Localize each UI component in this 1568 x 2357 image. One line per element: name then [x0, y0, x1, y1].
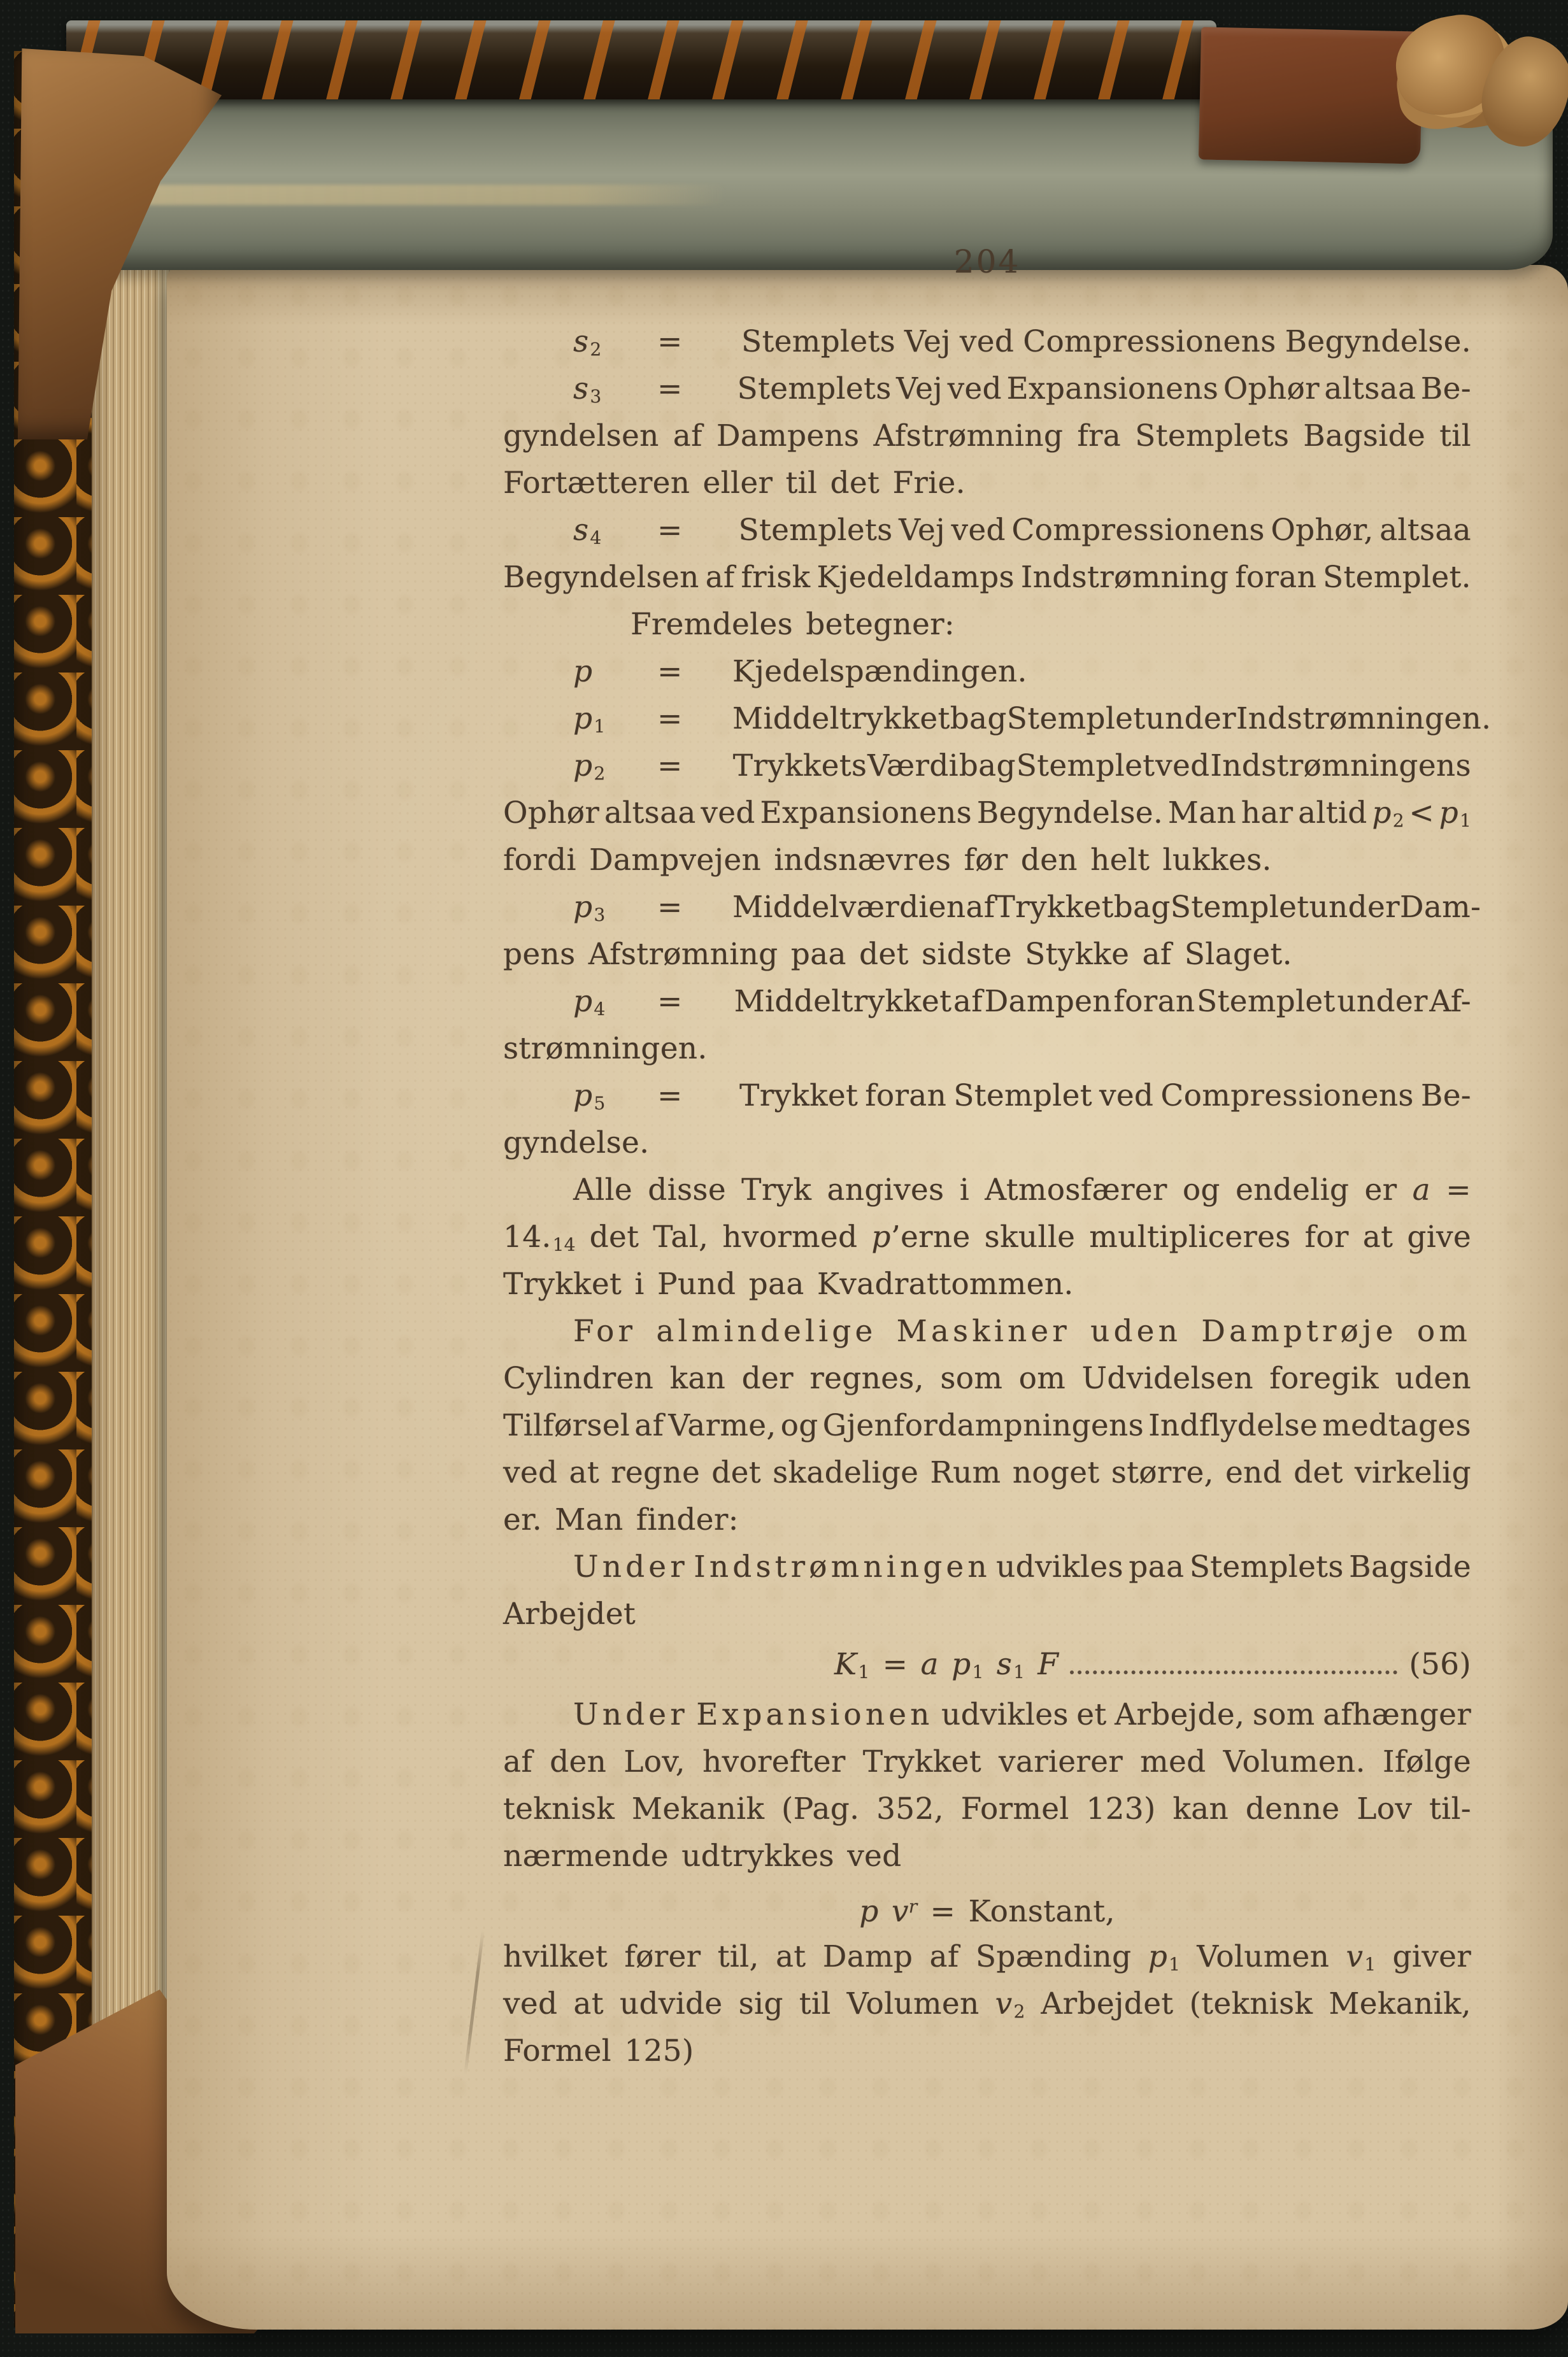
text-block: s2=StempletsVejvedCompressionensBegyndel… — [503, 318, 1471, 2075]
text-line: vedatudvidesigtilVolumenv2Arbejdet(tekni… — [503, 1981, 1471, 2028]
text-line: p4=MiddeltrykketafDampenforanStempletund… — [503, 978, 1471, 1025]
text-line: p1=MiddeltrykketbagStempletunderIndstrøm… — [503, 695, 1471, 743]
text-line: strømningen. — [503, 1025, 1471, 1072]
text-line: p=Kjedelspændingen. — [503, 648, 1471, 695]
text-line: p5=TrykketforanStempletvedCompressionens… — [503, 1072, 1471, 1120]
text-line: hvilketførertil,atDampafSpændingp1Volume… — [503, 1933, 1471, 1981]
text-line: afdenLov,hvorefterTrykketvarierermedVolu… — [503, 1739, 1471, 1786]
text-line: gyndelse. — [503, 1120, 1471, 1167]
text-line: er. Man finder: — [503, 1497, 1471, 1544]
dotted-leader — [1070, 1670, 1397, 1674]
text-line: gyndelsenafDampensAfstrømningfraStemplet… — [503, 413, 1471, 460]
text-line: OphøraltsaavedExpansionensBegyndelse.Man… — [503, 790, 1471, 837]
text-line: tekniskMekanik(Pag.352,Formel123)kandenn… — [503, 1786, 1471, 1833]
book-photo: 204 s2=StempletsVejvedCompressionensBegy… — [0, 0, 1568, 2357]
text-line: Formel 125) — [503, 2028, 1471, 2075]
text-line: s2=StempletsVejvedCompressionensBegyndel… — [503, 318, 1471, 366]
definition-symbol: p= — [573, 648, 732, 695]
text-line: Arbejdet — [503, 1591, 1471, 1638]
text-line: Fortætteren eller til det Frie. — [503, 460, 1471, 507]
text-line: s3=StempletsVejvedExpansionensOphøraltsa… — [503, 366, 1471, 413]
text-line: fordi Dampvejen indsnævres før den helt … — [503, 837, 1471, 884]
text-line: BegyndelsenaffriskKjedeldampsIndstrømnin… — [503, 554, 1471, 601]
text-line: p2=TrykketsVærdibagStempletvedIndstrømni… — [503, 743, 1471, 790]
text-line: UnderIndstrømningenudviklespaaStempletsB… — [503, 1544, 1471, 1591]
text-line: p3=MiddelværdienafTrykketbagStempletunde… — [503, 884, 1471, 931]
text-line: 14.14detTal,hvormedp’erneskullemultiplic… — [503, 1214, 1471, 1261]
text-line: nærmende udtrykkes ved — [503, 1833, 1471, 1880]
text-line: AlledisseTrykangivesiAtmosfærerogendelig… — [503, 1167, 1471, 1214]
formula-line: K1 = a p1 s1 F(56) — [503, 1638, 1471, 1691]
equation-number: (56) — [1409, 1638, 1471, 1691]
text-line: vedatregnedetskadeligeRumnogetstørre,end… — [503, 1449, 1471, 1497]
formula-line: p vr = Konstant, — [503, 1880, 1471, 1933]
text-line: Trykket i Pund paa Kvadrattommen. — [503, 1261, 1471, 1308]
text-line: UnderExpansionenudviklesetArbejde,somafh… — [503, 1691, 1471, 1739]
text-line: TilførselafVarme,ogGjenfordampningensInd… — [503, 1402, 1471, 1449]
text-line: ForalmindeligeMaskinerudenDamptrøjeom — [503, 1308, 1471, 1355]
marbled-cover-top-edge — [66, 20, 1216, 99]
text-line: Cylindrenkanderregnes,somomUdvidelsenfor… — [503, 1355, 1471, 1402]
text-line: Fremdeles betegner: — [503, 601, 1471, 648]
text-line: s4=StempletsVejvedCompressionensOphør,al… — [503, 507, 1471, 554]
page-number: 204 — [503, 243, 1471, 280]
cover-top-right-leather — [1199, 27, 1423, 164]
text-line: pens Afstrømning paa det sidste Stykke a… — [503, 931, 1471, 978]
